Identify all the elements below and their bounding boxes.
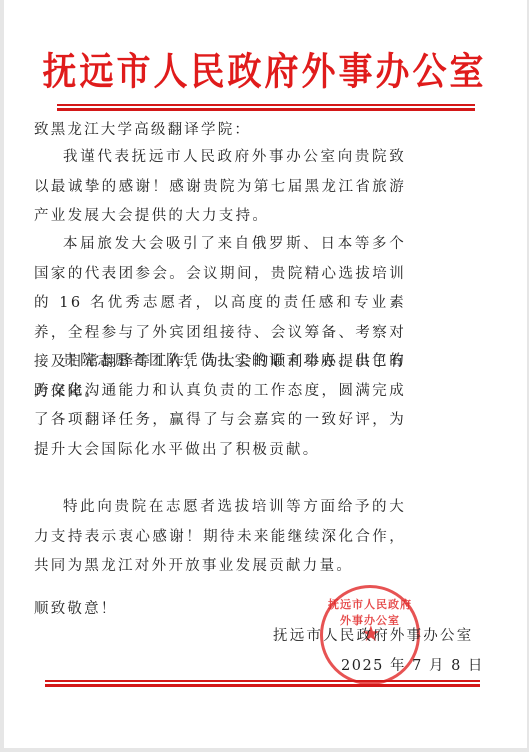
- footer-rule-thick: [45, 684, 480, 687]
- closing-line: 顺致敬意！: [34, 597, 118, 618]
- paragraph-1: 我谨代表抚远市人民政府外事办公室向贵院致以最诚挚的感谢！感谢贵院为第七届黑龙江省…: [34, 143, 406, 232]
- letterhead-title: 抚远市人民政府外事办公室: [0, 50, 529, 95]
- letter-date: 2025 年 7 月 8 日: [341, 654, 484, 675]
- salutation: 致黑龙江大学高级翻译学院：: [34, 118, 406, 139]
- paragraph-3: 贵院志愿者团队凭借扎实的语言功底、出色的跨文化沟通能力和认真负责的工作态度，圆满…: [34, 347, 406, 465]
- paragraph-4: 特此向贵院在志愿者选拔培训等方面给予的大力支持表示衷心感谢！期待未来能继续深化合…: [34, 493, 406, 582]
- header-rule-thick: [57, 108, 475, 111]
- signer-name: 抚远市人民政府外事办公室: [273, 624, 473, 645]
- header-rule-thin: [57, 104, 475, 106]
- footer-rule-thin: [45, 680, 480, 682]
